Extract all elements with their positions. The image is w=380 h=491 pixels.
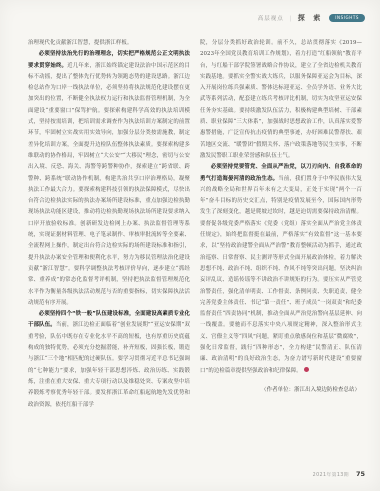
paragraph: 必须坚持党要管党、全面从严治党，以刀刃向内、自我革命的勇气打造海晏河清的政治生态…: [200, 162, 362, 377]
header-column-label: 探 索: [298, 13, 323, 23]
author-line: （作者单位：浙江出入境边防检查总站）: [200, 385, 360, 396]
footer-page-number: 75: [356, 470, 365, 478]
paragraph-text: 当前，浙江边检正面临着“创业发展期”“亚运安保期”双重考验，队伍中既存在专业化水…: [28, 322, 190, 407]
magazine-page: 高层视点 ｜ 探 索 INSIGHTS 治理现代化贡献浙江智慧，提供浙江样板。 …: [0, 0, 380, 491]
page-header: 高层视点 ｜ 探 索 INSIGHTS: [258, 13, 365, 23]
header-divider: ｜: [288, 14, 294, 23]
paragraph-text: 治理现代化贡献浙江智慧，提供浙江样板。: [28, 40, 132, 46]
paragraph-text: 近几年来，浙江始终锚定建设法治中国示范区的目标不动摇，提出了整体先行优势转为领跑…: [28, 63, 190, 306]
author-text: （作者单位：浙江出入境边防检查总站）: [261, 387, 360, 393]
paragraph-text: 院，分层分类抓好政治轮训。前不久，总站贯彻落实《2019—2023年全国党员教育…: [200, 40, 362, 159]
right-column: 院，分层分类抓好政治轮训。前不久，总站贯彻落实《2019—2023年全国党员教育…: [200, 38, 362, 411]
paragraph: 必须坚持四个“铁一般”队伍建设标准，全面建设高素质专业化干部队伍。当前，浙江边检…: [28, 309, 190, 411]
page-footer: 2021年第13期 75: [313, 470, 365, 478]
header-section-label: 高层视点: [258, 14, 284, 22]
paragraph: 必须坚持法治先行的治理理念，切实把严格规范公正文明执法要求贯穿始终。近几年来，浙…: [28, 49, 190, 309]
left-column: 治理现代化贡献浙江智慧，提供浙江样板。 必须坚持法治先行的治理理念，切实把严格规…: [28, 38, 190, 411]
article-end-icon: [304, 367, 309, 372]
paragraph-text: 当前，我们置身于中华民族伟大复兴的战略全局和世界百年未有之大变局，正处于实现“两…: [200, 176, 362, 374]
article-body: 治理现代化贡献浙江智慧，提供浙江样板。 必须坚持法治先行的治理理念，切实把严格规…: [28, 38, 362, 411]
footer-issue: 2021年第13期: [313, 471, 349, 478]
insights-badge: INSIGHTS: [329, 14, 365, 22]
paragraph: 治理现代化贡献浙江智慧，提供浙江样板。: [28, 38, 190, 49]
paragraph: 院，分层分类抓好政治轮训。前不久，总站贯彻落实《2019—2023年全国党员教育…: [200, 38, 362, 162]
